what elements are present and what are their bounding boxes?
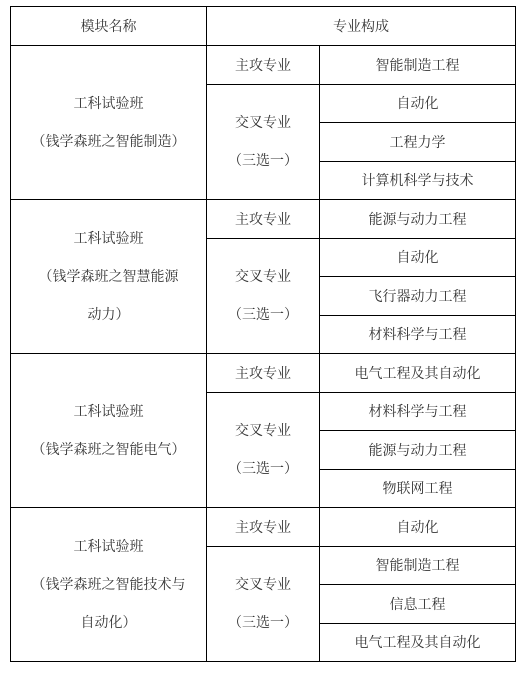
table-row: 工科试验班 （钱学森班之智能电气） 主攻专业 电气工程及其自动化 [11, 354, 516, 393]
cross-note: （三选一） [207, 296, 319, 334]
header-major-composition: 专业构成 [207, 7, 516, 46]
cross-major-cell: 自动化 [320, 84, 516, 123]
cross-major-cell: 自动化 [320, 238, 516, 277]
cross-major-cell: 计算机科学与技术 [320, 161, 516, 200]
table-row: 工科试验班 （钱学森班之智能技术与 自动化） 主攻专业 自动化 [11, 508, 516, 547]
cross-major-cell: 工程力学 [320, 123, 516, 162]
module-line: 工科试验班 [11, 393, 206, 431]
module-name-cell: 工科试验班 （钱学森班之智能电气） [11, 354, 207, 508]
cross-label-cell: 交叉专业 （三选一） [207, 546, 320, 662]
table-row: 工科试验班 （钱学森班之智慧能源 动力） 主攻专业 能源与动力工程 [11, 200, 516, 239]
module-line: 工科试验班 [11, 528, 206, 566]
cross-label: 交叉专业 [207, 104, 319, 142]
cross-label-cell: 交叉专业 （三选一） [207, 392, 320, 508]
cross-label: 交叉专业 [207, 412, 319, 450]
module-line: （钱学森班之智能制造） [11, 123, 206, 161]
cross-major-cell: 智能制造工程 [320, 546, 516, 585]
module-line: 自动化） [11, 604, 206, 642]
main-label-cell: 主攻专业 [207, 46, 320, 85]
main-major-cell: 智能制造工程 [320, 46, 516, 85]
cross-note: （三选一） [207, 604, 319, 642]
header-module-name: 模块名称 [11, 7, 207, 46]
cross-major-cell: 电气工程及其自动化 [320, 623, 516, 662]
module-line: 工科试验班 [11, 85, 206, 123]
main-label-cell: 主攻专业 [207, 354, 320, 393]
module-name-cell: 工科试验班 （钱学森班之智能制造） [11, 46, 207, 200]
cross-note: （三选一） [207, 142, 319, 180]
main-label-cell: 主攻专业 [207, 508, 320, 547]
cross-major-cell: 能源与动力工程 [320, 431, 516, 470]
module-line: 动力） [11, 296, 206, 334]
cross-major-cell: 物联网工程 [320, 469, 516, 508]
cross-major-cell: 材料科学与工程 [320, 392, 516, 431]
module-line: 工科试验班 [11, 220, 206, 258]
major-composition-table: 模块名称 专业构成 工科试验班 （钱学森班之智能制造） 主攻专业 智能制造工程 … [10, 6, 516, 662]
main-label-cell: 主攻专业 [207, 200, 320, 239]
module-line: （钱学森班之智能电气） [11, 431, 206, 469]
main-major-cell: 电气工程及其自动化 [320, 354, 516, 393]
module-line: （钱学森班之智能技术与 [11, 566, 206, 604]
cross-label: 交叉专业 [207, 258, 319, 296]
cross-note: （三选一） [207, 450, 319, 488]
cross-label-cell: 交叉专业 （三选一） [207, 84, 320, 200]
main-major-cell: 能源与动力工程 [320, 200, 516, 239]
cross-label-cell: 交叉专业 （三选一） [207, 238, 320, 354]
module-name-cell: 工科试验班 （钱学森班之智能技术与 自动化） [11, 508, 207, 662]
table-row: 工科试验班 （钱学森班之智能制造） 主攻专业 智能制造工程 [11, 46, 516, 85]
cross-major-cell: 飞行器动力工程 [320, 277, 516, 316]
module-line: （钱学森班之智慧能源 [11, 258, 206, 296]
main-major-cell: 自动化 [320, 508, 516, 547]
header-row: 模块名称 专业构成 [11, 7, 516, 46]
cross-label: 交叉专业 [207, 566, 319, 604]
cross-major-cell: 信息工程 [320, 585, 516, 624]
cross-major-cell: 材料科学与工程 [320, 315, 516, 354]
module-name-cell: 工科试验班 （钱学森班之智慧能源 动力） [11, 200, 207, 354]
